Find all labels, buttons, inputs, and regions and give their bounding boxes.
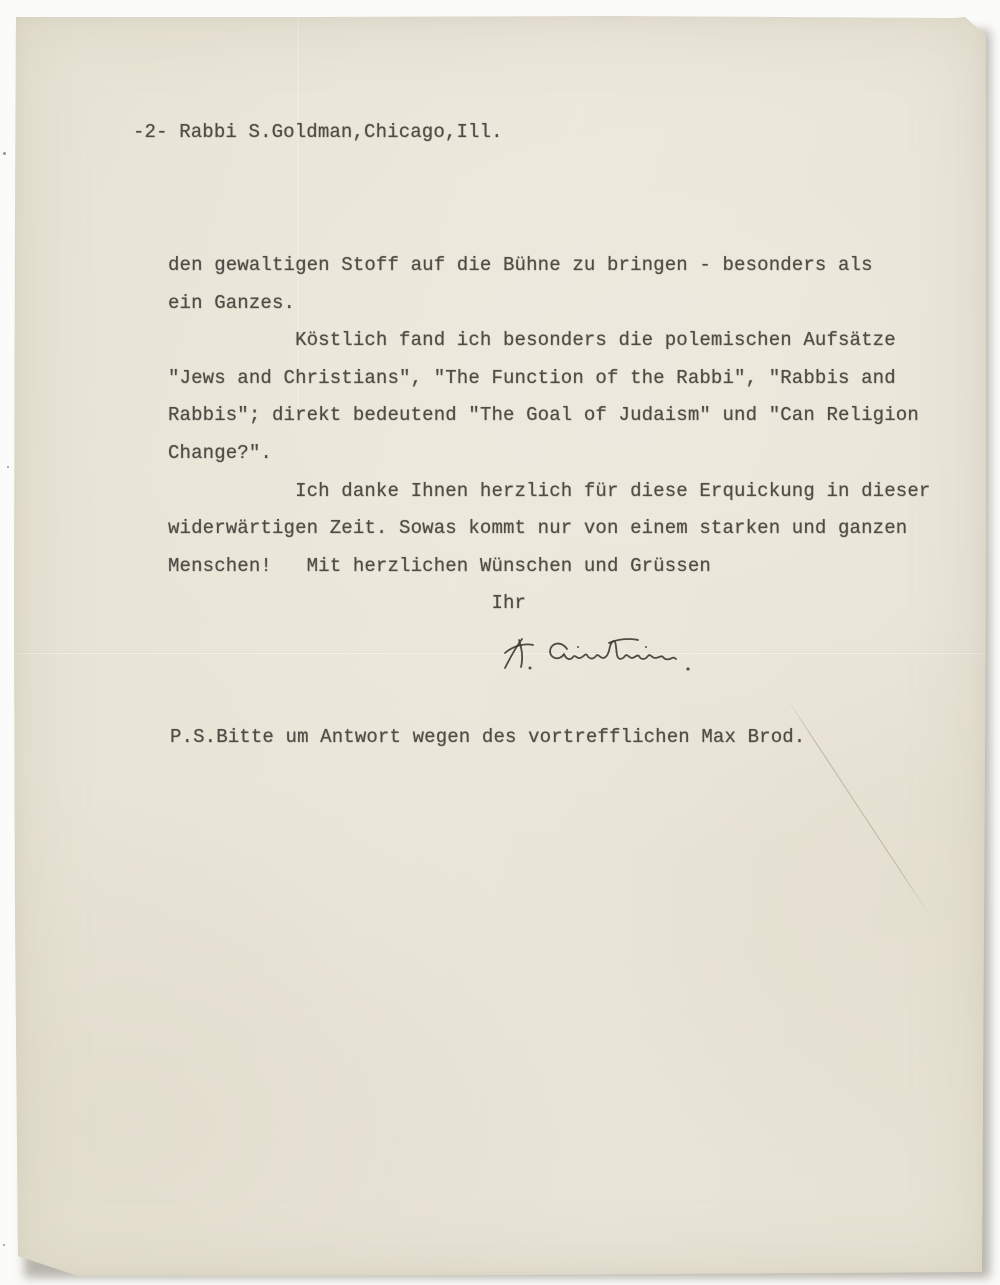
- typed-line: Ich danke Ihnen herzlich für diese Erqui…: [168, 473, 930, 511]
- typed-line: "Jews and Christians", "The Function of …: [168, 360, 930, 398]
- scan-speck: [3, 1244, 5, 1246]
- scan-background: -2- Rabbi S.Goldman,Chicago,Ill. den gew…: [0, 0, 1000, 1285]
- scan-speck: [7, 466, 9, 468]
- typed-line: Ihr: [168, 585, 930, 623]
- postscript-line: P.S.Bitte um Antwort wegen des vortreffl…: [170, 723, 805, 751]
- letter-page: -2- Rabbi S.Goldman,Chicago,Ill. den gew…: [14, 15, 986, 1277]
- typed-line: den gewaltigen Stoff auf die Bühne zu br…: [168, 247, 930, 285]
- typed-line: Köstlich fand ich besonders die polemisc…: [168, 322, 930, 360]
- signature-handwriting: A. Einstein.: [466, 627, 706, 697]
- typed-line: Rabbis"; direkt bedeutend "The Goal of J…: [168, 397, 930, 435]
- letter-body: den gewaltigen Stoff auf die Bühne zu br…: [168, 247, 930, 623]
- typed-line: widerwärtigen Zeit. Sowas kommt nur von …: [168, 510, 930, 548]
- typed-line: Change?".: [168, 435, 930, 473]
- typed-line: Menschen! Mit herzlichen Wünschen und Gr…: [168, 548, 930, 586]
- page-header: -2- Rabbi S.Goldman,Chicago,Ill.: [133, 118, 503, 146]
- scan-speck: [3, 152, 6, 155]
- diagonal-crease: [786, 698, 929, 914]
- typed-line: ein Ganzes.: [168, 285, 930, 323]
